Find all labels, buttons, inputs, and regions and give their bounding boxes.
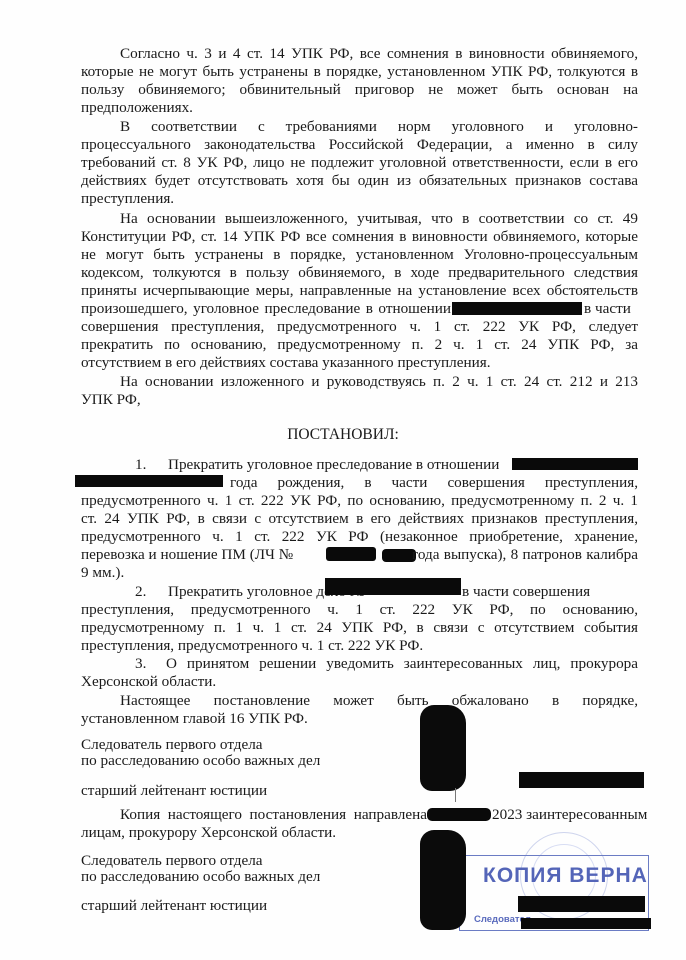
text-line: предусмотренному п. 1 ч. 1 ст. 24 УПК РФ… [81, 619, 638, 637]
text-line: процессуального законодательства Российс… [81, 136, 638, 154]
redaction-stamp-footer [521, 918, 651, 929]
text-line: преступления. [81, 190, 174, 208]
signature-title: по расследованию особо важных дел [81, 869, 320, 885]
text-line: предусмотренного ч. 1 ст. 222 УК РФ, по … [81, 492, 638, 510]
text-line: лицам, прокурору Херсонской области. [81, 824, 336, 842]
text-line: преступления, предусмотренного ч. 1 ст. … [81, 637, 423, 655]
text-line: года выпуска), 8 патронов калибра [412, 546, 638, 564]
text-line: Копия настоящего постановления направлен… [120, 806, 427, 824]
text-line: произошедшего, уголовное преследование в… [81, 300, 451, 318]
signature-rank: старший лейтенант юстиции [81, 782, 267, 800]
redaction-case-number [325, 578, 461, 595]
text-line: предположениях. [81, 99, 193, 117]
stamp-title: КОПИЯ ВЕРНА [483, 864, 648, 888]
text-line: в части совершения [462, 583, 590, 601]
text-line: установленном главой 16 УПК РФ. [81, 710, 308, 728]
item-number: 2. [135, 583, 146, 601]
text-line: отсутствием в его действиях состава указ… [81, 354, 491, 372]
resolution-heading: ПОСТАНОВИЛ: [0, 426, 686, 444]
signature-title: по расследованию особо важных дел [81, 753, 320, 769]
text-line: Настоящее постановление может быть обжал… [120, 692, 638, 710]
redaction-serial [326, 547, 376, 561]
redaction-year [382, 549, 416, 562]
text-line: УПК РФ, [81, 391, 141, 409]
item-number: 3. [135, 655, 146, 673]
redaction-investigator-name [519, 772, 644, 788]
document-page: Согласно ч. 3 и 4 ст. 14 УПК РФ, все сом… [0, 0, 686, 960]
text-line: преступления, предусмотренного ч. 1 ст. … [81, 601, 638, 619]
text-line: Прекратить уголовное преследование в отн… [168, 456, 499, 474]
text-line: 2023 заинтересованным [492, 806, 638, 824]
redaction-signature [420, 705, 466, 791]
redaction-name [512, 458, 638, 470]
text-line: перевозка и ношение ПМ (ЛЧ № [81, 546, 293, 564]
text-line: ст. 24 УПК РФ, в связи с отсутствием в е… [81, 510, 638, 528]
text-line: года рождения, в части совершения престу… [230, 474, 638, 492]
text-line: Конституции РФ, ст. 14 УПК РФ все сомнен… [81, 228, 638, 246]
signature-title: Следователь первого отдела [81, 737, 263, 753]
signature-title: Следователь первого отдела [81, 853, 263, 869]
signature-stroke [455, 788, 456, 802]
redaction-date [427, 808, 491, 821]
text-line: 9 мм.). [81, 564, 124, 582]
signature-rank: старший лейтенант юстиции [81, 897, 267, 915]
text-line: В соответствии с требованиями норм уголо… [120, 118, 638, 136]
redaction-signature [420, 830, 466, 930]
text-line: прекратить по основанию, предусмотренном… [81, 336, 638, 354]
text-line: предусмотренного ч. 1 ст. 222 УК РФ (нез… [81, 528, 638, 546]
text-line: требований ст. 8 УК РФ, лицо не подлежит… [81, 154, 638, 172]
text-line: На основании вышеизложенного, учитывая, … [120, 210, 638, 228]
item-number: 1. [135, 456, 146, 474]
text-line: О принятом решении уведомить заинтересов… [166, 655, 638, 673]
text-line: кодексом, толкуются в пользу обвиняемого… [81, 264, 638, 282]
text-line: Согласно ч. 3 и 4 ст. 14 УПК РФ, все сом… [120, 45, 638, 63]
text-line: совершения преступления, предусмотренног… [81, 318, 638, 336]
text-line: Херсонской области. [81, 673, 216, 691]
text-line: приняты исчерпывающие меры, направленные… [81, 282, 638, 300]
redaction-birthdate [75, 475, 223, 487]
text-line: не могут быть устранены в порядке, устан… [81, 246, 638, 264]
text-line: действиях будет отсутствовать хотя бы од… [81, 172, 638, 190]
redaction-stamp-name [518, 896, 645, 912]
text-line: в части [584, 300, 631, 318]
text-line: которые не могут быть устранены в порядк… [81, 63, 638, 81]
text-line: На основании изложенного и руководствуяс… [120, 373, 638, 391]
redaction-name [452, 302, 582, 315]
text-line: пользу обвиняемого; обвинительный пригов… [81, 81, 638, 99]
